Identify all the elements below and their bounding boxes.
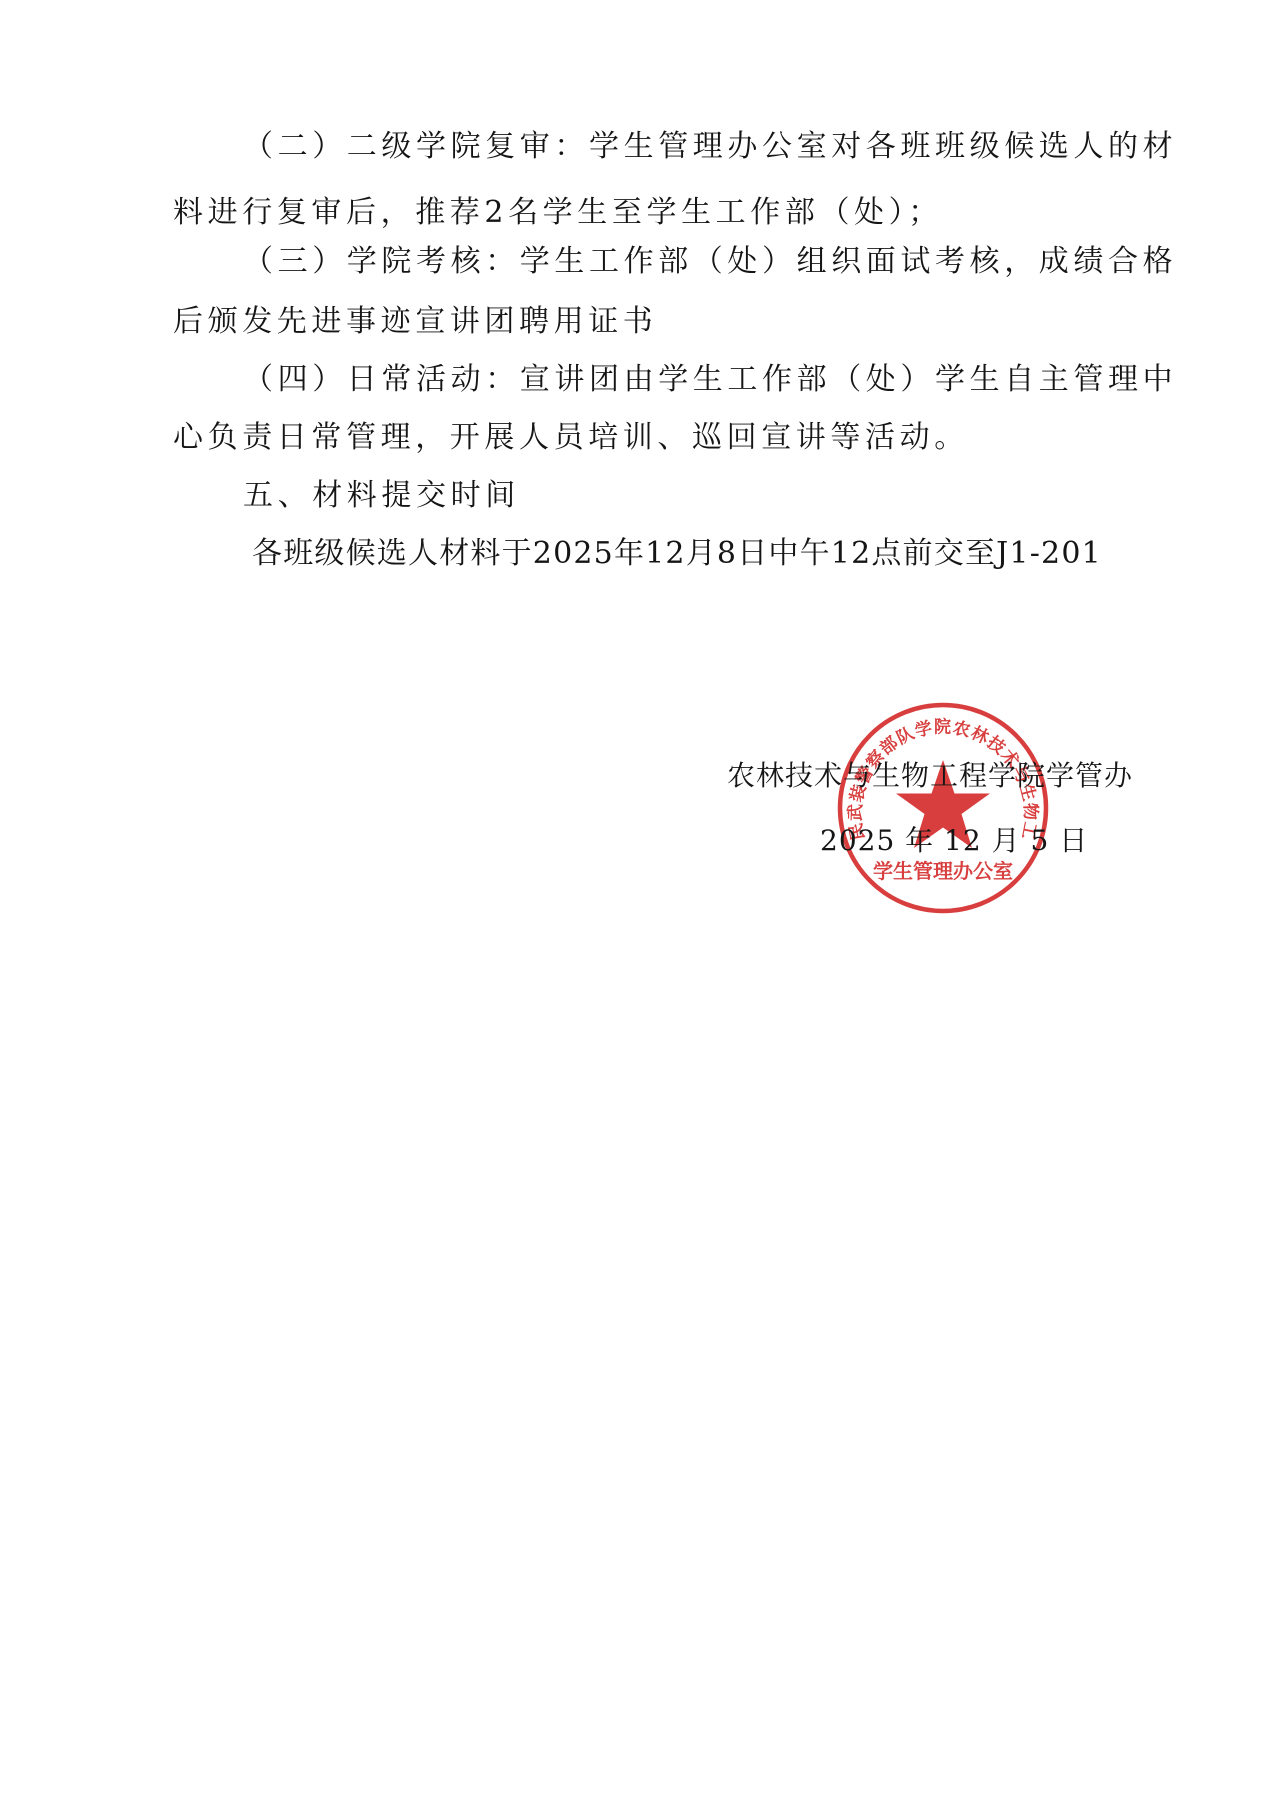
paragraph-assessment-line-2: 后颁发先进事迹宣讲团聘用证书: [173, 302, 657, 342]
official-seal: 中国人民武装警察部队学院农林技术与生物工程学院 学生管理办公室: [835, 700, 1051, 916]
seal-bottom-text: 学生管理办公室: [873, 859, 1013, 883]
signature-organization: 农林技术与生物工程学院学管办: [727, 757, 1133, 795]
paragraph-daily-line-1: （四）日常活动：宣讲团由学生工作部（处）学生自主管理中: [243, 360, 1177, 400]
paragraph-daily-line-2: 心负责日常管理，开展人员培训、巡回宣讲等活动。: [173, 418, 969, 458]
section-heading: 五、材料提交时间: [243, 476, 520, 516]
paragraph-review-line-2: 料进行复审后，推荐2名学生至学生工作部（处）；: [173, 193, 943, 233]
document-page: （二）二级学院复审：学生管理办公室对各班班级候选人的材 料进行复审后，推荐2名学…: [0, 0, 1280, 1810]
signature-date: 2025 年 12 月 5 日: [820, 822, 1088, 860]
submission-text: 各班级候选人材料于2025年12月8日中午12点前交至J1-201: [252, 534, 1102, 574]
paragraph-assessment-line-1: （三）学院考核：学生工作部（处）组织面试考核，成绩合格: [243, 242, 1177, 282]
paragraph-review-line-1: （二）二级学院复审：学生管理办公室对各班班级候选人的材: [243, 127, 1177, 167]
seal-graphic: 中国人民武装警察部队学院农林技术与生物工程学院 学生管理办公室: [835, 700, 1051, 916]
